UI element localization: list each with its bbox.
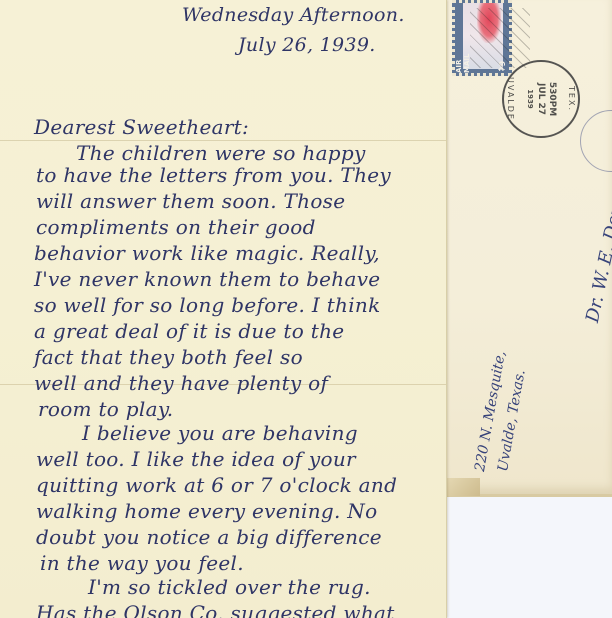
- letter-line: fact that they both feel so: [34, 346, 303, 368]
- letter-line: in the way you feel.: [40, 552, 244, 574]
- postmark: TEX. 530PM JUL 27 1939 UVALDE: [502, 60, 580, 138]
- letter-line: behavior work like magic. Really,: [34, 242, 380, 264]
- postmark-year: 1939: [525, 89, 536, 108]
- letter-line: I'm so tickled over the rug.: [88, 576, 371, 598]
- postmark-time: 530PM: [547, 82, 558, 116]
- letter-line: a great deal of it is due to the: [34, 320, 344, 342]
- letter-line: will answer them soon. Those: [36, 190, 345, 212]
- letter-line: room to play.: [38, 398, 173, 420]
- letter-line: The children were so happy: [76, 142, 366, 164]
- letter-line: walking home every evening. No: [36, 500, 377, 522]
- letter-day: Wednesday Afternoon.: [182, 4, 405, 26]
- postmark-city: UVALDE: [506, 77, 515, 121]
- letter-line: I've never known them to behave: [34, 268, 380, 290]
- cancellation-lines: [470, 8, 530, 68]
- letter-date: July 26, 1939.: [238, 34, 376, 56]
- letter-line: well too. I like the idea of your: [36, 448, 356, 470]
- letter-line: I believe you are behaving: [82, 422, 358, 444]
- stamp-label: AIR MAIL: [455, 43, 463, 73]
- letter-line: compliments on their good: [36, 216, 316, 238]
- letter-line: so well for so long before. I think: [34, 294, 381, 316]
- letter-line: to have the letters from you. They: [36, 164, 391, 186]
- postmark-state: TEX.: [567, 86, 576, 112]
- letter-greeting: Dearest Sweetheart:: [34, 116, 249, 138]
- letter-line: quitting work at 6 or 7 o'clock and: [36, 474, 397, 496]
- letter-line: doubt you notice a big difference: [36, 526, 382, 548]
- letter-line: well and they have plenty of: [34, 372, 328, 394]
- letter-line: Has the Olson Co. suggested what: [36, 602, 395, 618]
- postmark-date: JUL 27: [536, 83, 547, 115]
- letter-page: Wednesday Afternoon. July 26, 1939. Dear…: [0, 0, 447, 618]
